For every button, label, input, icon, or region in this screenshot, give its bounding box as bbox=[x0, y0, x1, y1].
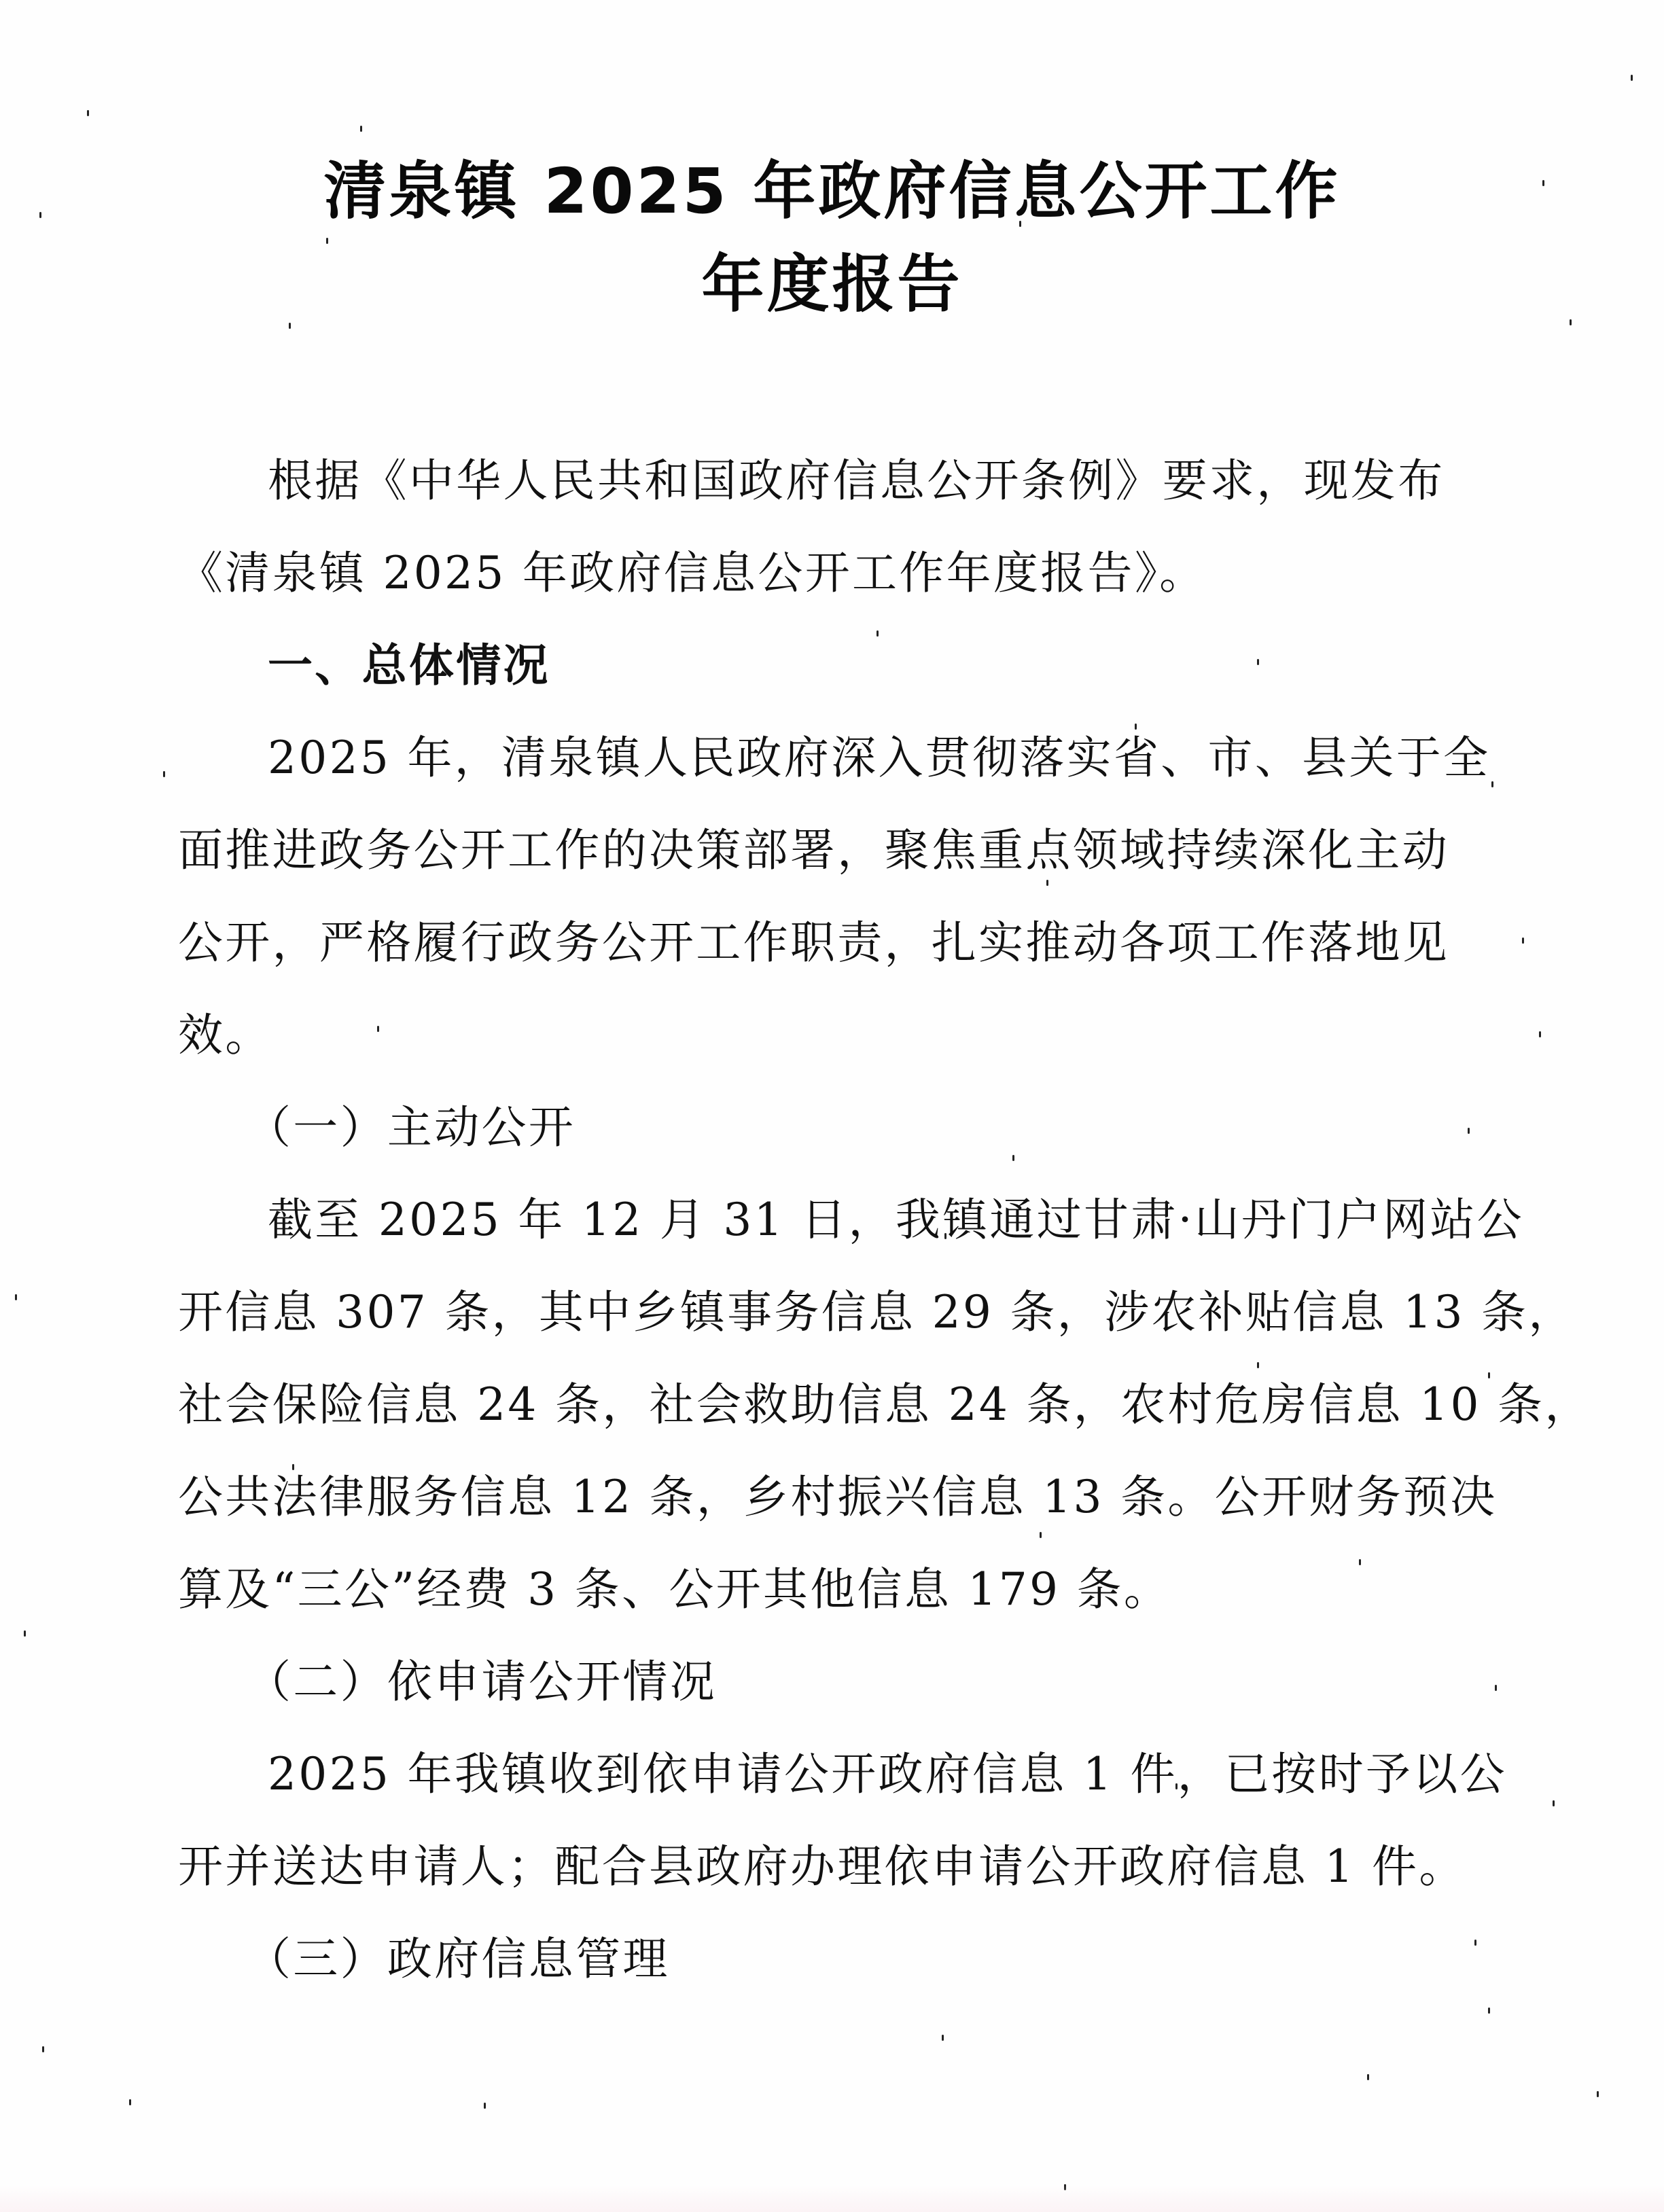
subsection-heading-proactive-disclosure: （一）主动公开 bbox=[178, 1082, 1496, 1174]
scanned-page: 清泉镇 2025 年政府信息公开工作 年度报告 根据《中华人民共和国政府信息公开… bbox=[0, 0, 1664, 2212]
overview-para-line: 公开，严格履行政务公开工作职责，扎实推动各项工作落地见 bbox=[178, 897, 1496, 989]
application-para-line: 开并送达申请人；配合县政府办理依申请公开政府信息 1 件。 bbox=[178, 1821, 1496, 1913]
intro-line-1: 根据《中华人民共和国政府信息公开条例》要求，现发布 bbox=[178, 435, 1496, 527]
report-body: 根据《中华人民共和国政府信息公开条例》要求，现发布 《清泉镇 2025 年政府信… bbox=[178, 435, 1496, 2005]
scan-edge-tint bbox=[0, 2185, 1664, 2212]
proactive-para-line: 截至 2025 年 12 月 31 日，我镇通过甘肃·山丹门户网站公 bbox=[178, 1174, 1496, 1266]
overview-para-line: 效。 bbox=[178, 989, 1496, 1082]
intro-line-2: 《清泉镇 2025 年政府信息公开工作年度报告》。 bbox=[178, 527, 1496, 620]
subsection-heading-application-disclosure: （二）依申请公开情况 bbox=[178, 1636, 1496, 1728]
overview-para-line: 面推进政务公开工作的决策部署，聚焦重点领域持续深化主动 bbox=[178, 804, 1496, 897]
report-title-line-1: 清泉镇 2025 年政府信息公开工作 bbox=[41, 141, 1623, 231]
application-para-line: 2025 年我镇收到依申请公开政府信息 1 件，已按时予以公 bbox=[178, 1728, 1496, 1821]
proactive-para-line: 社会保险信息 24 条，社会救助信息 24 条，农村危房信息 10 条， bbox=[178, 1359, 1496, 1451]
proactive-para-line: 开信息 307 条，其中乡镇事务信息 29 条，涉农补贴信息 13 条， bbox=[178, 1266, 1496, 1359]
section-heading-overview: 一、总体情况 bbox=[178, 620, 1496, 712]
report-title-line-2: 年度报告 bbox=[41, 234, 1623, 324]
proactive-para-line: 公共法律服务信息 12 条，乡村振兴信息 13 条。公开财务预决 bbox=[178, 1451, 1496, 1544]
subsection-heading-info-management: （三）政府信息管理 bbox=[178, 1913, 1496, 2005]
proactive-para-line: 算及“三公”经费 3 条、公开其他信息 179 条。 bbox=[178, 1544, 1496, 1636]
overview-para-line: 2025 年，清泉镇人民政府深入贯彻落实省、市、县关于全 bbox=[178, 712, 1496, 804]
